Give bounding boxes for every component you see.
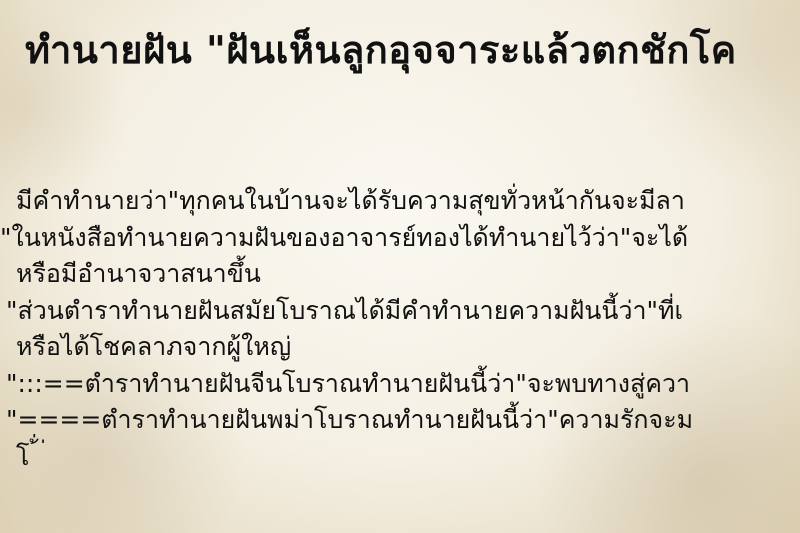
text-line: "ส่วนตำราทำนายฝันสมัยโบราณได้มีคำทำนายคว…	[0, 293, 693, 330]
text-line: "====ตำราทำนายฝันพม่าโบราณทำนายฝันนี้ว่า…	[0, 402, 693, 439]
text-line: หรือมีอำนาจวาสนาขึ้น	[0, 256, 693, 293]
text-line-cut-off: โ ้่ ่	[0, 439, 693, 476]
text-line: ":::==ตำราทำนายฝันจีนโบราณทำนายฝันนี้ว่า…	[0, 366, 693, 403]
text-line: "ในหนังสือทำนายความฝันของอาจารย์ทองได้ทำ…	[0, 220, 693, 257]
text-line: หรือได้โชคลาภจากผู้ใหญ่	[0, 329, 693, 366]
prediction-text-body: มีคำทำนายว่า"ทุกคนในบ้านจะได้รับความสุขท…	[0, 183, 693, 475]
text-line: มีคำทำนายว่า"ทุกคนในบ้านจะได้รับความสุขท…	[0, 183, 693, 220]
page-title: ทำนายฝัน "ฝันเห็นลูกอุจจาระแล้วตกชักโค	[25, 20, 737, 80]
